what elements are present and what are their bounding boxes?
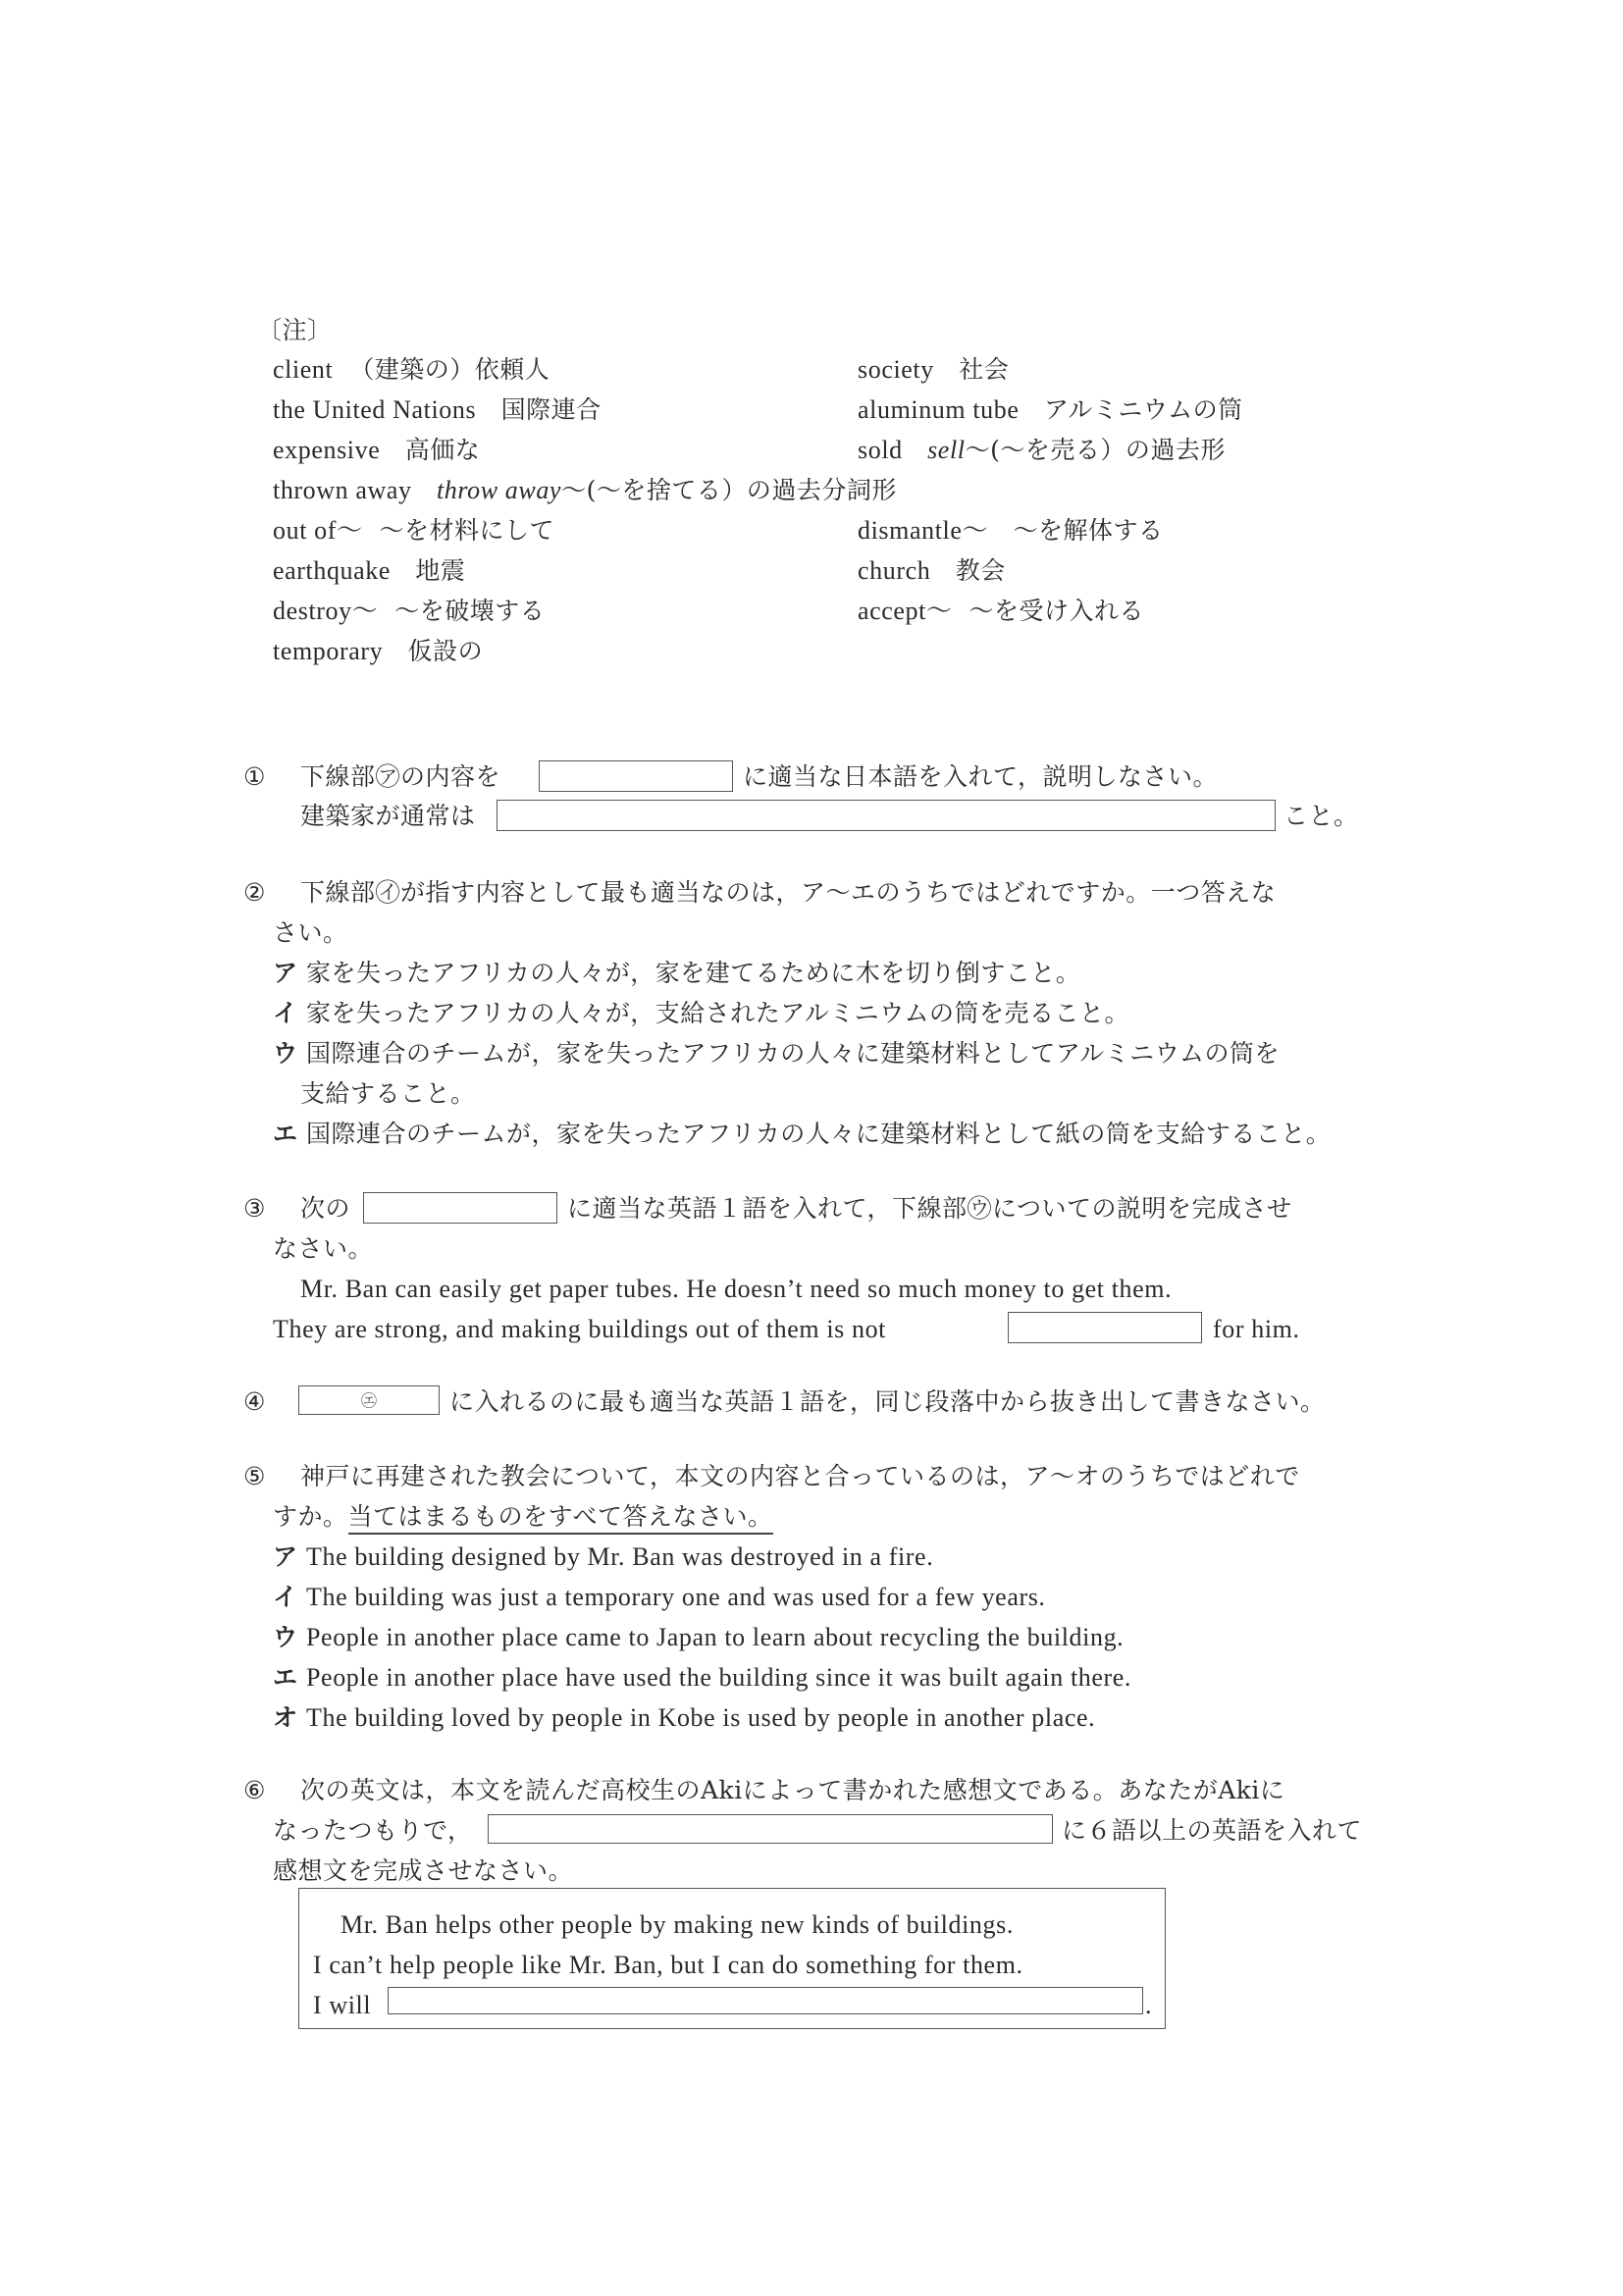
answer-blank[interactable]	[1008, 1312, 1202, 1343]
option-item: イThe building was just a temporary one a…	[273, 1583, 1046, 1612]
note-term: out of〜	[273, 516, 363, 545]
answer-blank[interactable]	[497, 800, 1276, 831]
question-text: 下線部㋐の内容を	[300, 762, 500, 792]
note-gloss: 仮設の	[408, 637, 484, 665]
question-text: に適当な日本語を入れて，説明しなさい。	[743, 762, 1218, 792]
note-term: church	[858, 556, 930, 585]
option-label: エ	[273, 1120, 306, 1149]
option-item: アThe building designed by Mr. Ban was de…	[273, 1542, 933, 1572]
option-text: The building was just a temporary one an…	[306, 1583, 1046, 1611]
question-text: 神戸に再建された教会について，本文の内容と合っているのは，ア〜オのうちではどれで	[300, 1462, 1300, 1491]
question-text: なったつもりで，	[273, 1816, 473, 1846]
option-item: イ家を失ったアフリカの人々が，支給されたアルミニウムの筒を売ること。	[273, 999, 1129, 1028]
note-term: destroy〜	[273, 597, 378, 625]
note-gloss: 〜(〜を売る）の過去形	[966, 436, 1226, 464]
note-gloss: 〜を受け入れる	[969, 597, 1145, 625]
option-label: ア	[273, 959, 306, 988]
impression-period: .	[1145, 1991, 1152, 2020]
option-label: ウ	[273, 1623, 306, 1652]
note-gloss: 〜(〜を捨てる）の過去分詞形	[561, 476, 897, 504]
note-gloss: 社会	[959, 355, 1009, 384]
note-gloss: 〜を破壊する	[394, 597, 545, 625]
note-item: temporary 仮設の	[273, 637, 483, 666]
answer-blank[interactable]	[388, 1987, 1143, 2014]
question-number: ②	[243, 878, 266, 908]
question-text: に６語以上の英語を入れて	[1062, 1816, 1362, 1846]
note-term: temporary	[273, 637, 383, 665]
question-text: 建築家が通常は	[300, 802, 476, 831]
note-term: thrown away	[273, 476, 412, 504]
answer-blank[interactable]	[488, 1814, 1053, 1844]
option-item: エ国際連合のチームが，家を失ったアフリカの人々に建築材料として紙の筒を支給するこ…	[273, 1120, 1331, 1149]
option-label: イ	[273, 1583, 306, 1612]
impression-text: I can’t help people like Mr. Ban, but I …	[313, 1951, 1023, 1980]
note-term: the United Nations	[273, 395, 476, 424]
answer-blank[interactable]	[363, 1192, 557, 1224]
option-label: ウ	[273, 1039, 306, 1069]
note-term: client	[273, 355, 333, 384]
option-text: 国際連合のチームが，家を失ったアフリカの人々に建築材料としてアルミニウムの筒を	[306, 1039, 1280, 1068]
option-label: オ	[273, 1703, 306, 1733]
blank-label-box: ㋓	[298, 1385, 440, 1415]
note-item: earthquake 地震	[273, 556, 465, 586]
impression-box: Mr. Ban helps other people by making new…	[298, 1888, 1166, 2029]
option-label: ア	[273, 1542, 306, 1572]
note-item: sold sell〜(〜を売る）の過去形	[858, 436, 1226, 465]
note-item: accept〜 〜を受け入れる	[858, 597, 1144, 626]
question-text-part: すか。	[273, 1502, 348, 1531]
note-term-italic: sell	[927, 436, 966, 464]
answer-blank[interactable]	[539, 760, 733, 792]
note-term: aluminum tube	[858, 395, 1020, 424]
note-item: the United Nations 国際連合	[273, 395, 602, 425]
note-item: expensive 高価な	[273, 436, 480, 465]
option-item: ウ国際連合のチームが，家を失ったアフリカの人々に建築材料としてアルミニウムの筒を	[273, 1039, 1280, 1069]
passage-text: They are strong, and making buildings ou…	[273, 1315, 886, 1344]
question-text: 次の	[300, 1194, 350, 1224]
note-gloss: （建築の）依頼人	[349, 355, 550, 384]
question-text: さい。	[273, 918, 348, 948]
note-item: out of〜 〜を材料にして	[273, 516, 554, 546]
option-text: The building designed by Mr. Ban was des…	[306, 1542, 933, 1571]
question-number: ③	[243, 1194, 266, 1224]
option-label: イ	[273, 999, 306, 1028]
note-item: client （建築の）依頼人	[273, 355, 550, 385]
question-text: なさい。	[273, 1234, 373, 1264]
question-number: ⑤	[243, 1462, 266, 1491]
note-item: destroy〜 〜を破壊する	[273, 597, 545, 626]
note-term: earthquake	[273, 556, 391, 585]
note-gloss: 〜を材料にして	[380, 516, 555, 545]
exam-page: 〔注〕 client （建築の）依頼人 the United Nations 国…	[0, 0, 1623, 2296]
note-gloss: 教会	[956, 556, 1006, 585]
note-term: accept〜	[858, 597, 953, 625]
passage-text: for him.	[1213, 1315, 1300, 1344]
note-item: society 社会	[858, 355, 1009, 385]
note-gloss: 高価な	[405, 436, 481, 464]
question-text: 感想文を完成させなさい。	[273, 1856, 573, 1886]
question-text: すか。当てはまるものをすべて答えなさい。	[273, 1502, 773, 1532]
question-number: ①	[243, 762, 266, 792]
option-item: エPeople in another place have used the b…	[273, 1663, 1131, 1693]
passage-text: Mr. Ban can easily get paper tubes. He d…	[300, 1275, 1172, 1304]
question-text: 下線部㋑が指す内容として最も適当なのは，ア〜エのうちではどれですか。一つ答えな	[300, 878, 1276, 908]
option-text: The building loved by people in Kobe is …	[306, 1703, 1095, 1732]
question-text: こと。	[1283, 802, 1359, 831]
note-gloss: 国際連合	[501, 395, 602, 424]
impression-text: Mr. Ban helps other people by making new…	[340, 1910, 1014, 1940]
note-item: thrown away throw away〜(〜を捨てる）の過去分詞形	[273, 476, 897, 505]
option-label: エ	[273, 1663, 306, 1693]
question-number: ⑥	[243, 1776, 266, 1805]
option-text: People in another place came to Japan to…	[306, 1623, 1124, 1651]
note-gloss: 〜を解体する	[1013, 516, 1163, 545]
question-number: ④	[243, 1387, 266, 1417]
underlined-instruction: 当てはまるものをすべて答えなさい。	[348, 1502, 773, 1535]
impression-text: I will	[313, 1991, 371, 2020]
note-term: sold	[858, 436, 903, 464]
note-item: dismantle〜 〜を解体する	[858, 516, 1163, 546]
option-item: ウPeople in another place came to Japan t…	[273, 1623, 1124, 1652]
question-text: に適当な英語１語を入れて，下線部㋒についての説明を完成させ	[567, 1194, 1292, 1224]
note-term-italic: throw away	[437, 476, 561, 504]
option-text: People in another place have used the bu…	[306, 1663, 1131, 1692]
option-text: 家を失ったアフリカの人々が，家を建てるために木を切り倒すこと。	[306, 959, 1080, 987]
option-text: 国際連合のチームが，家を失ったアフリカの人々に建築材料として紙の筒を支給すること…	[306, 1120, 1331, 1148]
question-text: 次の英文は，本文を読んだ高校生のAkiによって書かれた感想文である。あなたがAk…	[300, 1776, 1284, 1805]
note-term: expensive	[273, 436, 380, 464]
option-item: オThe building loved by people in Kobe is…	[273, 1703, 1095, 1733]
note-gloss: 地震	[415, 556, 465, 585]
note-item: church 教会	[858, 556, 1006, 586]
option-text: 家を失ったアフリカの人々が，支給されたアルミニウムの筒を売ること。	[306, 999, 1129, 1027]
option-item: ア家を失ったアフリカの人々が，家を建てるために木を切り倒すこと。	[273, 959, 1080, 988]
question-text: に入れるのに最も適当な英語１語を，同じ段落中から抜き出して書きなさい。	[449, 1387, 1326, 1417]
note-term: society	[858, 355, 934, 384]
option-text-continued: 支給すること。	[300, 1079, 476, 1109]
note-gloss: アルミニウムの筒	[1044, 395, 1243, 424]
note-term: dismantle〜	[858, 516, 988, 545]
blank-label: ㋓	[299, 1388, 439, 1411]
note-item: aluminum tube アルミニウムの筒	[858, 395, 1243, 425]
notes-heading: 〔注〕	[257, 316, 333, 345]
